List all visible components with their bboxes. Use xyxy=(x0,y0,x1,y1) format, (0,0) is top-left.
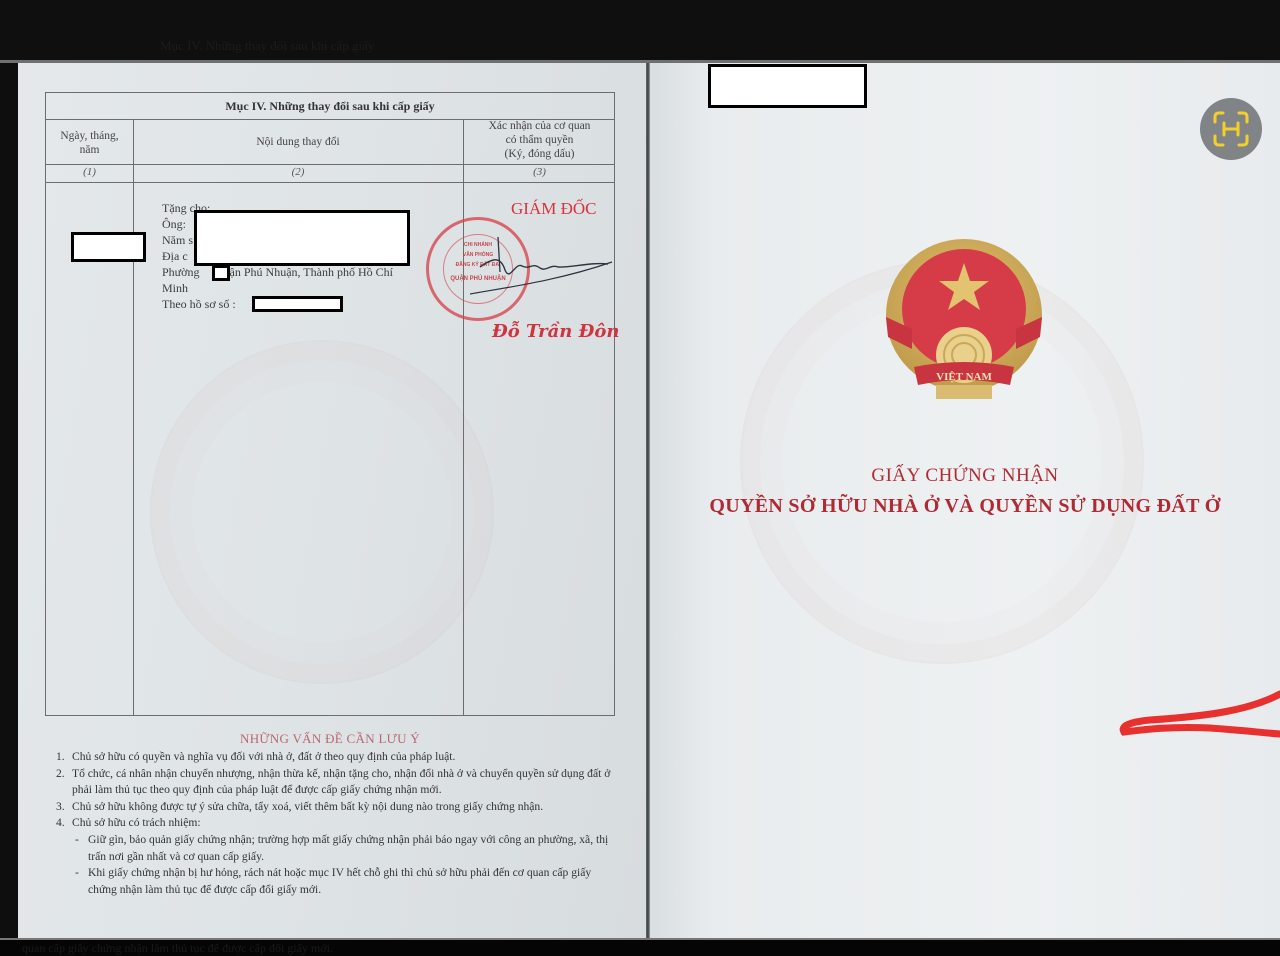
certificate-subtitle: QUYỀN SỞ HỮU NHÀ Ở VÀ QUYỀN SỬ DỤNG ĐẤT … xyxy=(680,495,1250,518)
note-sub-item: -Khi giấy chứng nhận bị hư hỏng, rách ná… xyxy=(72,865,616,898)
note-item: 3.Chủ sở hữu không được tự ý sửa chữa, t… xyxy=(56,799,616,816)
signer-name: Đỗ Trần Đôn xyxy=(492,321,619,342)
note-sub-item: -Giữ gìn, bảo quản giấy chứng nhận; trườ… xyxy=(72,832,616,865)
column-number-1: (1) xyxy=(46,166,133,178)
signature-icon xyxy=(470,232,620,302)
redaction-certificate-number xyxy=(708,64,867,108)
viewer-top-bar: Mục IV. Những thay đổi sau khi cấp giấy xyxy=(0,0,1280,63)
notes-list: 1.Chủ sở hữu có quyền và nghĩa vụ đối vớ… xyxy=(56,749,616,898)
column-header-date: Ngày, tháng, năm xyxy=(46,129,133,157)
red-annotation-stroke xyxy=(1110,680,1280,740)
redaction-date xyxy=(71,232,146,262)
notes-title: NHỮNG VẤN ĐỀ CẦN LƯU Ý xyxy=(45,731,615,747)
viewer-bottom-bar: quan cấp giấy chứng nhận làm thủ tục để … xyxy=(0,938,1280,956)
national-emblem-icon: VIỆT NAM xyxy=(884,237,1044,400)
note-item: 1.Chủ sở hữu có quyền và nghĩa vụ đối vớ… xyxy=(56,749,616,766)
note-item: 2.Tổ chức, cá nhân nhận chuyển nhượng, n… xyxy=(56,766,616,799)
text-scan-button[interactable] xyxy=(1200,98,1262,160)
bottom-ghost-text: quan cấp giấy chứng nhận làm thủ tục để … xyxy=(22,941,333,956)
certificate-title: GIẤY CHỨNG NHẬN xyxy=(650,465,1280,487)
changes-table: Mục IV. Những thay đổi sau khi cấp giấy … xyxy=(45,92,615,716)
text-scan-icon xyxy=(1200,98,1262,160)
redaction-owner-name xyxy=(194,210,410,266)
top-ghost-text: Mục IV. Những thay đổi sau khi cấp giấy xyxy=(160,38,374,54)
entry-line-city: Minh xyxy=(162,280,393,296)
director-title: GIÁM ĐỐC xyxy=(511,199,596,219)
svg-text:VIỆT NAM: VIỆT NAM xyxy=(936,370,992,383)
redaction-ward xyxy=(212,265,230,281)
column-header-content: Nội dung thay đổi xyxy=(133,135,463,149)
entry-line-ward: Phường quận Phú Nhuận, Thành phố Hồ Chí xyxy=(162,264,393,280)
table-title: Mục IV. Những thay đổi sau khi cấp giấy xyxy=(46,93,614,120)
column-number-3: (3) xyxy=(463,166,616,178)
note-item: 4.Chủ sở hữu có trách nhiệm: -Giữ gìn, b… xyxy=(56,815,616,898)
column-header-confirmation: Xác nhận của cơ quan có thẩm quyền (Ký, … xyxy=(463,119,616,161)
column-number-2: (2) xyxy=(133,166,463,178)
redaction-file-number xyxy=(252,296,343,312)
